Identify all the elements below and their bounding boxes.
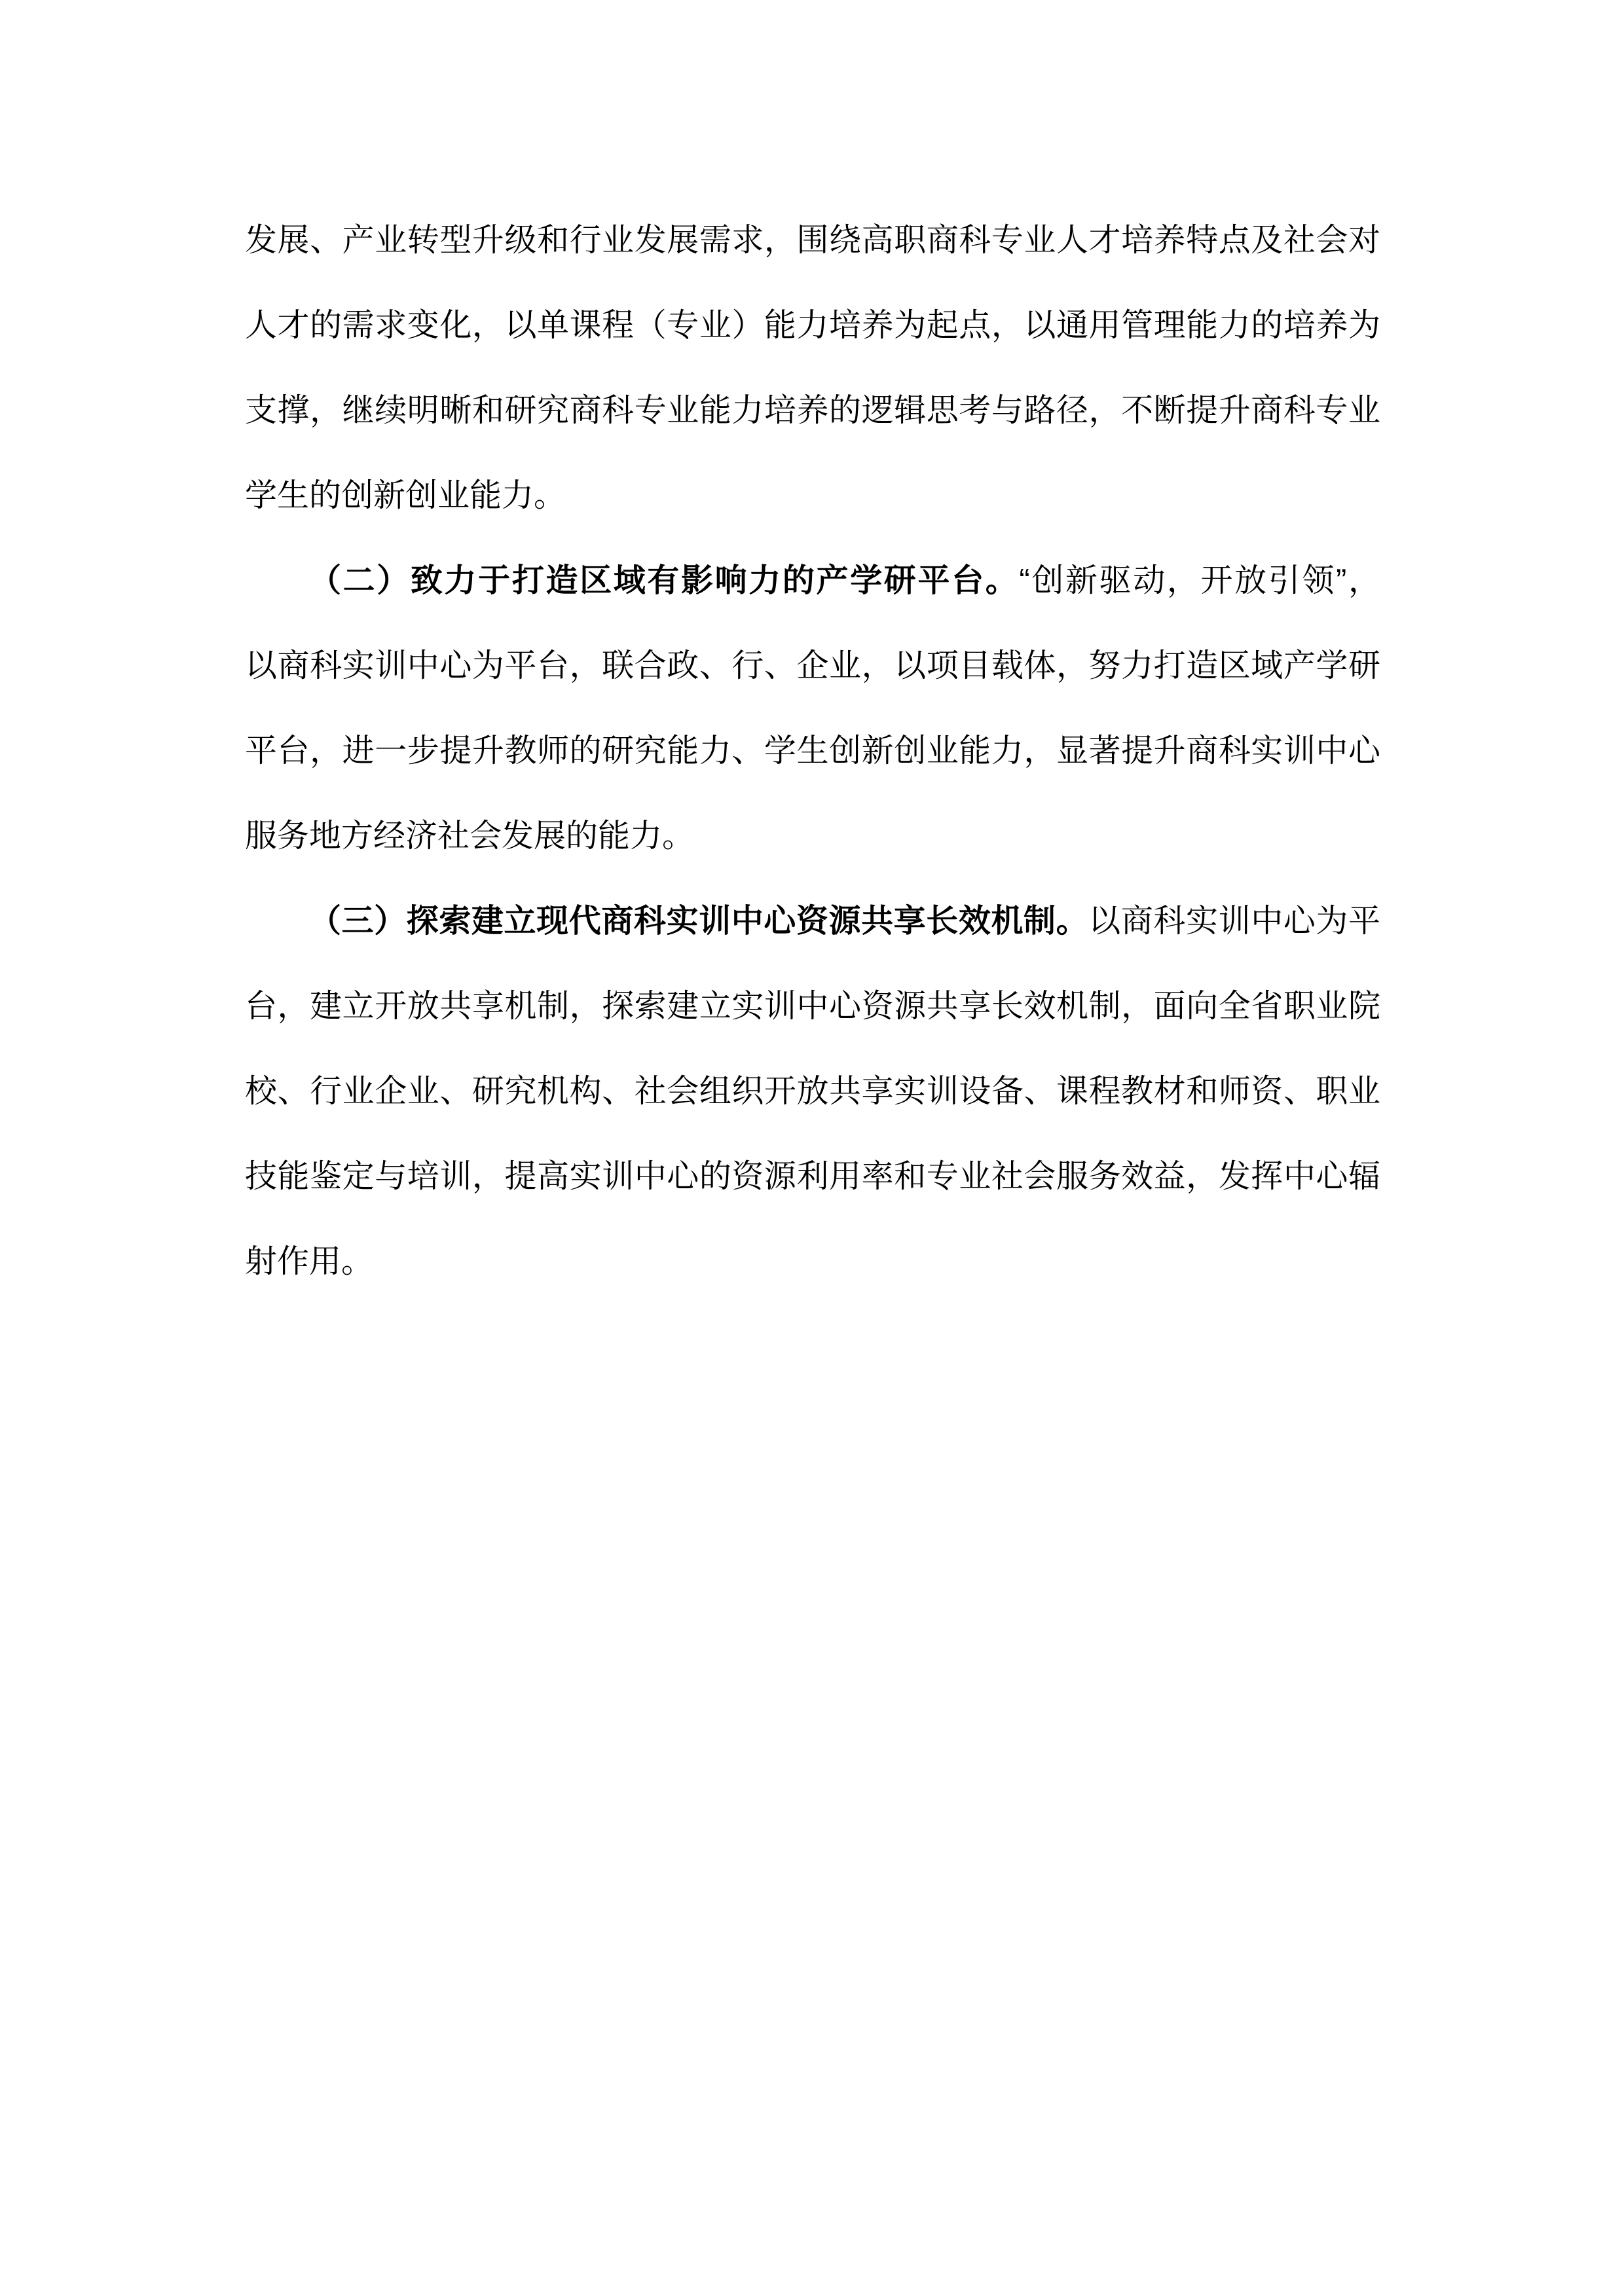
text-run: 射作用。 bbox=[245, 1244, 373, 1279]
text-line: 以商科实训中心为平台，联合政、行、企业，以项目载体，努力打造区域产学研 bbox=[245, 623, 1380, 708]
text-line: 射作用。 bbox=[245, 1219, 1380, 1304]
text-run: 以商科实训中心为平 bbox=[1088, 903, 1380, 939]
text-run: 服务地方经济社会发展的能力。 bbox=[245, 818, 694, 854]
text-run: 发展、产业转型升级和行业发展需求，围绕高职商科专业人才培养特点及社会对 bbox=[245, 223, 1380, 258]
text-run: 平台，进一步提升教师的研究能力、学生创新创业能力，显著提升商科实训中心 bbox=[245, 733, 1380, 769]
text-line: 支撑，继续明晰和研究商科专业能力培养的逻辑思考与路径，不断提升商科专业 bbox=[245, 368, 1380, 453]
text-line: 学生的创新创业能力。 bbox=[245, 453, 1380, 538]
text-line: 服务地方经济社会发展的能力。 bbox=[245, 793, 1380, 879]
text-run: 支撑，继续明晰和研究商科专业能力培养的逻辑思考与路径，不断提升商科专业 bbox=[245, 393, 1380, 428]
text-run: 人才的需求变化，以单课程（专业）能力培养为起点，以通用管理能力的培养为 bbox=[245, 308, 1380, 343]
text-line: 技能鉴定与培训，提高实训中心的资源利用率和专业社会服务效益，发挥中心辐 bbox=[245, 1134, 1380, 1219]
text-run: 台，建立开放共享机制，探索建立实训中心资源共享长效机制，面向全省职业院 bbox=[245, 989, 1380, 1024]
document-page: 发展、产业转型升级和行业发展需求，围绕高职商科专业人才培养特点及社会对人才的需求… bbox=[0, 0, 1624, 2296]
text-run: 学生的创新创业能力。 bbox=[245, 478, 566, 513]
bold-text-run: （三）探索建立现代商科实训中心资源共享长效机制。 bbox=[309, 903, 1088, 939]
text-line: 台，建立开放共享机制，探索建立实训中心资源共享长效机制，面向全省职业院 bbox=[245, 964, 1380, 1049]
text-run: 以商科实训中心为平台，联合政、行、企业，以项目载体，努力打造区域产学研 bbox=[245, 648, 1380, 683]
text-run: 校、行业企业、研究机构、社会组织开放共享实训设备、课程教材和师资、职业 bbox=[245, 1074, 1380, 1109]
text-block: 发展、产业转型升级和行业发展需求，围绕高职商科专业人才培养特点及社会对人才的需求… bbox=[245, 198, 1380, 1304]
text-run: “创新驱动，开放引领”， bbox=[1019, 563, 1380, 598]
bold-text-run: （二）致力于打造区域有影响力的产学研平台。 bbox=[309, 563, 1019, 598]
text-line: 发展、产业转型升级和行业发展需求，围绕高职商科专业人才培养特点及社会对 bbox=[245, 198, 1380, 283]
text-line: 平台，进一步提升教师的研究能力、学生创新创业能力，显著提升商科实训中心 bbox=[245, 708, 1380, 793]
text-line: （二）致力于打造区域有影响力的产学研平台。“创新驱动，开放引领”， bbox=[245, 538, 1380, 623]
text-line: 校、行业企业、研究机构、社会组织开放共享实训设备、课程教材和师资、职业 bbox=[245, 1049, 1380, 1134]
text-run: 技能鉴定与培训，提高实训中心的资源利用率和专业社会服务效益，发挥中心辐 bbox=[245, 1159, 1380, 1194]
text-line: （三）探索建立现代商科实训中心资源共享长效机制。以商科实训中心为平 bbox=[245, 879, 1380, 964]
text-line: 人才的需求变化，以单课程（专业）能力培养为起点，以通用管理能力的培养为 bbox=[245, 283, 1380, 368]
